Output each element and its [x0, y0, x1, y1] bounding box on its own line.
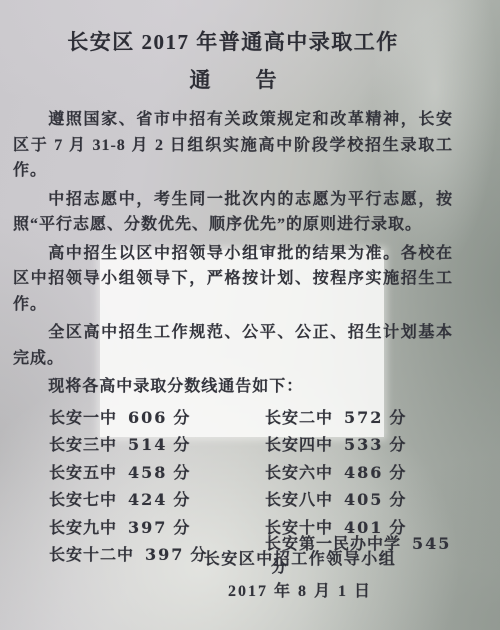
score-entry: 长安六中486分	[265, 460, 453, 483]
document-photo: 长安区 2017 年普通高中录取工作 通 告 遵照国家、省市中招有关政策规定和改…	[0, 0, 500, 630]
score-unit: 分	[173, 520, 190, 537]
score-unit: 分	[173, 465, 190, 482]
score-entry: 长安八中405分	[265, 487, 453, 510]
score-entry: 长安二中572分	[265, 405, 453, 428]
school-name: 长安八中	[265, 492, 333, 509]
document-body: 遵照国家、省市中招有关政策规定和改革精神，长安区于 7 月 31-8 月 2 日…	[13, 107, 453, 400]
score-entry: 长安九中397分	[49, 515, 265, 538]
score-unit: 分	[173, 437, 190, 454]
issue-date: 2017 年 8 月 1 日	[160, 578, 440, 601]
score-unit: 分	[389, 492, 406, 509]
school-name: 长安十二中	[49, 547, 134, 564]
score-entry: 长安一中606分	[49, 405, 265, 428]
paragraph-policy: 遵照国家、省市中招有关政策规定和改革精神，长安区于 7 月 31-8 月 2 日…	[13, 107, 453, 184]
paragraph-scores-intro: 现将各高中录取分数线通告如下：	[13, 374, 453, 400]
score-value: 458	[128, 463, 167, 482]
score-entry: 长安五中458分	[49, 460, 265, 483]
school-name: 长安九中	[49, 520, 117, 537]
score-unit: 分	[389, 410, 406, 427]
school-name: 长安四中	[265, 437, 333, 454]
score-value: 514	[128, 435, 167, 454]
school-name: 长安六中	[265, 465, 333, 482]
school-name: 长安七中	[49, 492, 117, 509]
score-value: 606	[128, 408, 167, 427]
title-char-gao: 告	[256, 64, 277, 94]
document-title-line2: 通 告	[13, 64, 453, 94]
score-unit: 分	[173, 410, 190, 427]
score-unit: 分	[389, 465, 406, 482]
paragraph-completion: 全区高中招生工作规范、公平、公正、招生计划基本完成。	[13, 320, 453, 371]
score-value: 486	[344, 463, 383, 482]
score-unit: 分	[389, 437, 406, 454]
paragraph-approval: 高中招生以区中招领导小组审批的结果为准。各校在区中招领导小组领导下，严格按计划、…	[13, 241, 453, 318]
score-value: 424	[128, 490, 167, 509]
school-name: 长安一中	[49, 410, 117, 427]
school-name: 长安二中	[265, 410, 333, 427]
signature-block: 长安区中招工作领导小组 2017 年 8 月 1 日	[160, 546, 440, 601]
school-name: 长安五中	[49, 465, 117, 482]
score-unit: 分	[173, 492, 190, 509]
score-value: 572	[344, 408, 383, 427]
document-title-line1: 长安区 2017 年普通高中录取工作	[13, 26, 453, 56]
score-entry: 长安三中514分	[49, 432, 265, 455]
notice-document: 长安区 2017 年普通高中录取工作 通 告 遵照国家、省市中招有关政策规定和改…	[0, 0, 500, 568]
score-value: 533	[344, 435, 383, 454]
score-entry: 长安七中424分	[49, 487, 265, 510]
admission-score-list: 长安一中606分 长安二中572分 长安三中514分 长安四中533分 长安五中…	[49, 403, 453, 568]
paragraph-parallel-volunteer: 中招志愿中，考生同一批次内的志愿为平行志愿，按照“平行志愿、分数优先、顺序优先”…	[13, 187, 453, 238]
score-value: 397	[128, 518, 167, 537]
score-value: 405	[344, 490, 383, 509]
score-entry: 长安四中533分	[265, 432, 453, 455]
title-char-tong: 通	[190, 64, 211, 94]
issuing-authority: 长安区中招工作领导小组	[160, 546, 440, 569]
school-name: 长安三中	[49, 437, 117, 454]
